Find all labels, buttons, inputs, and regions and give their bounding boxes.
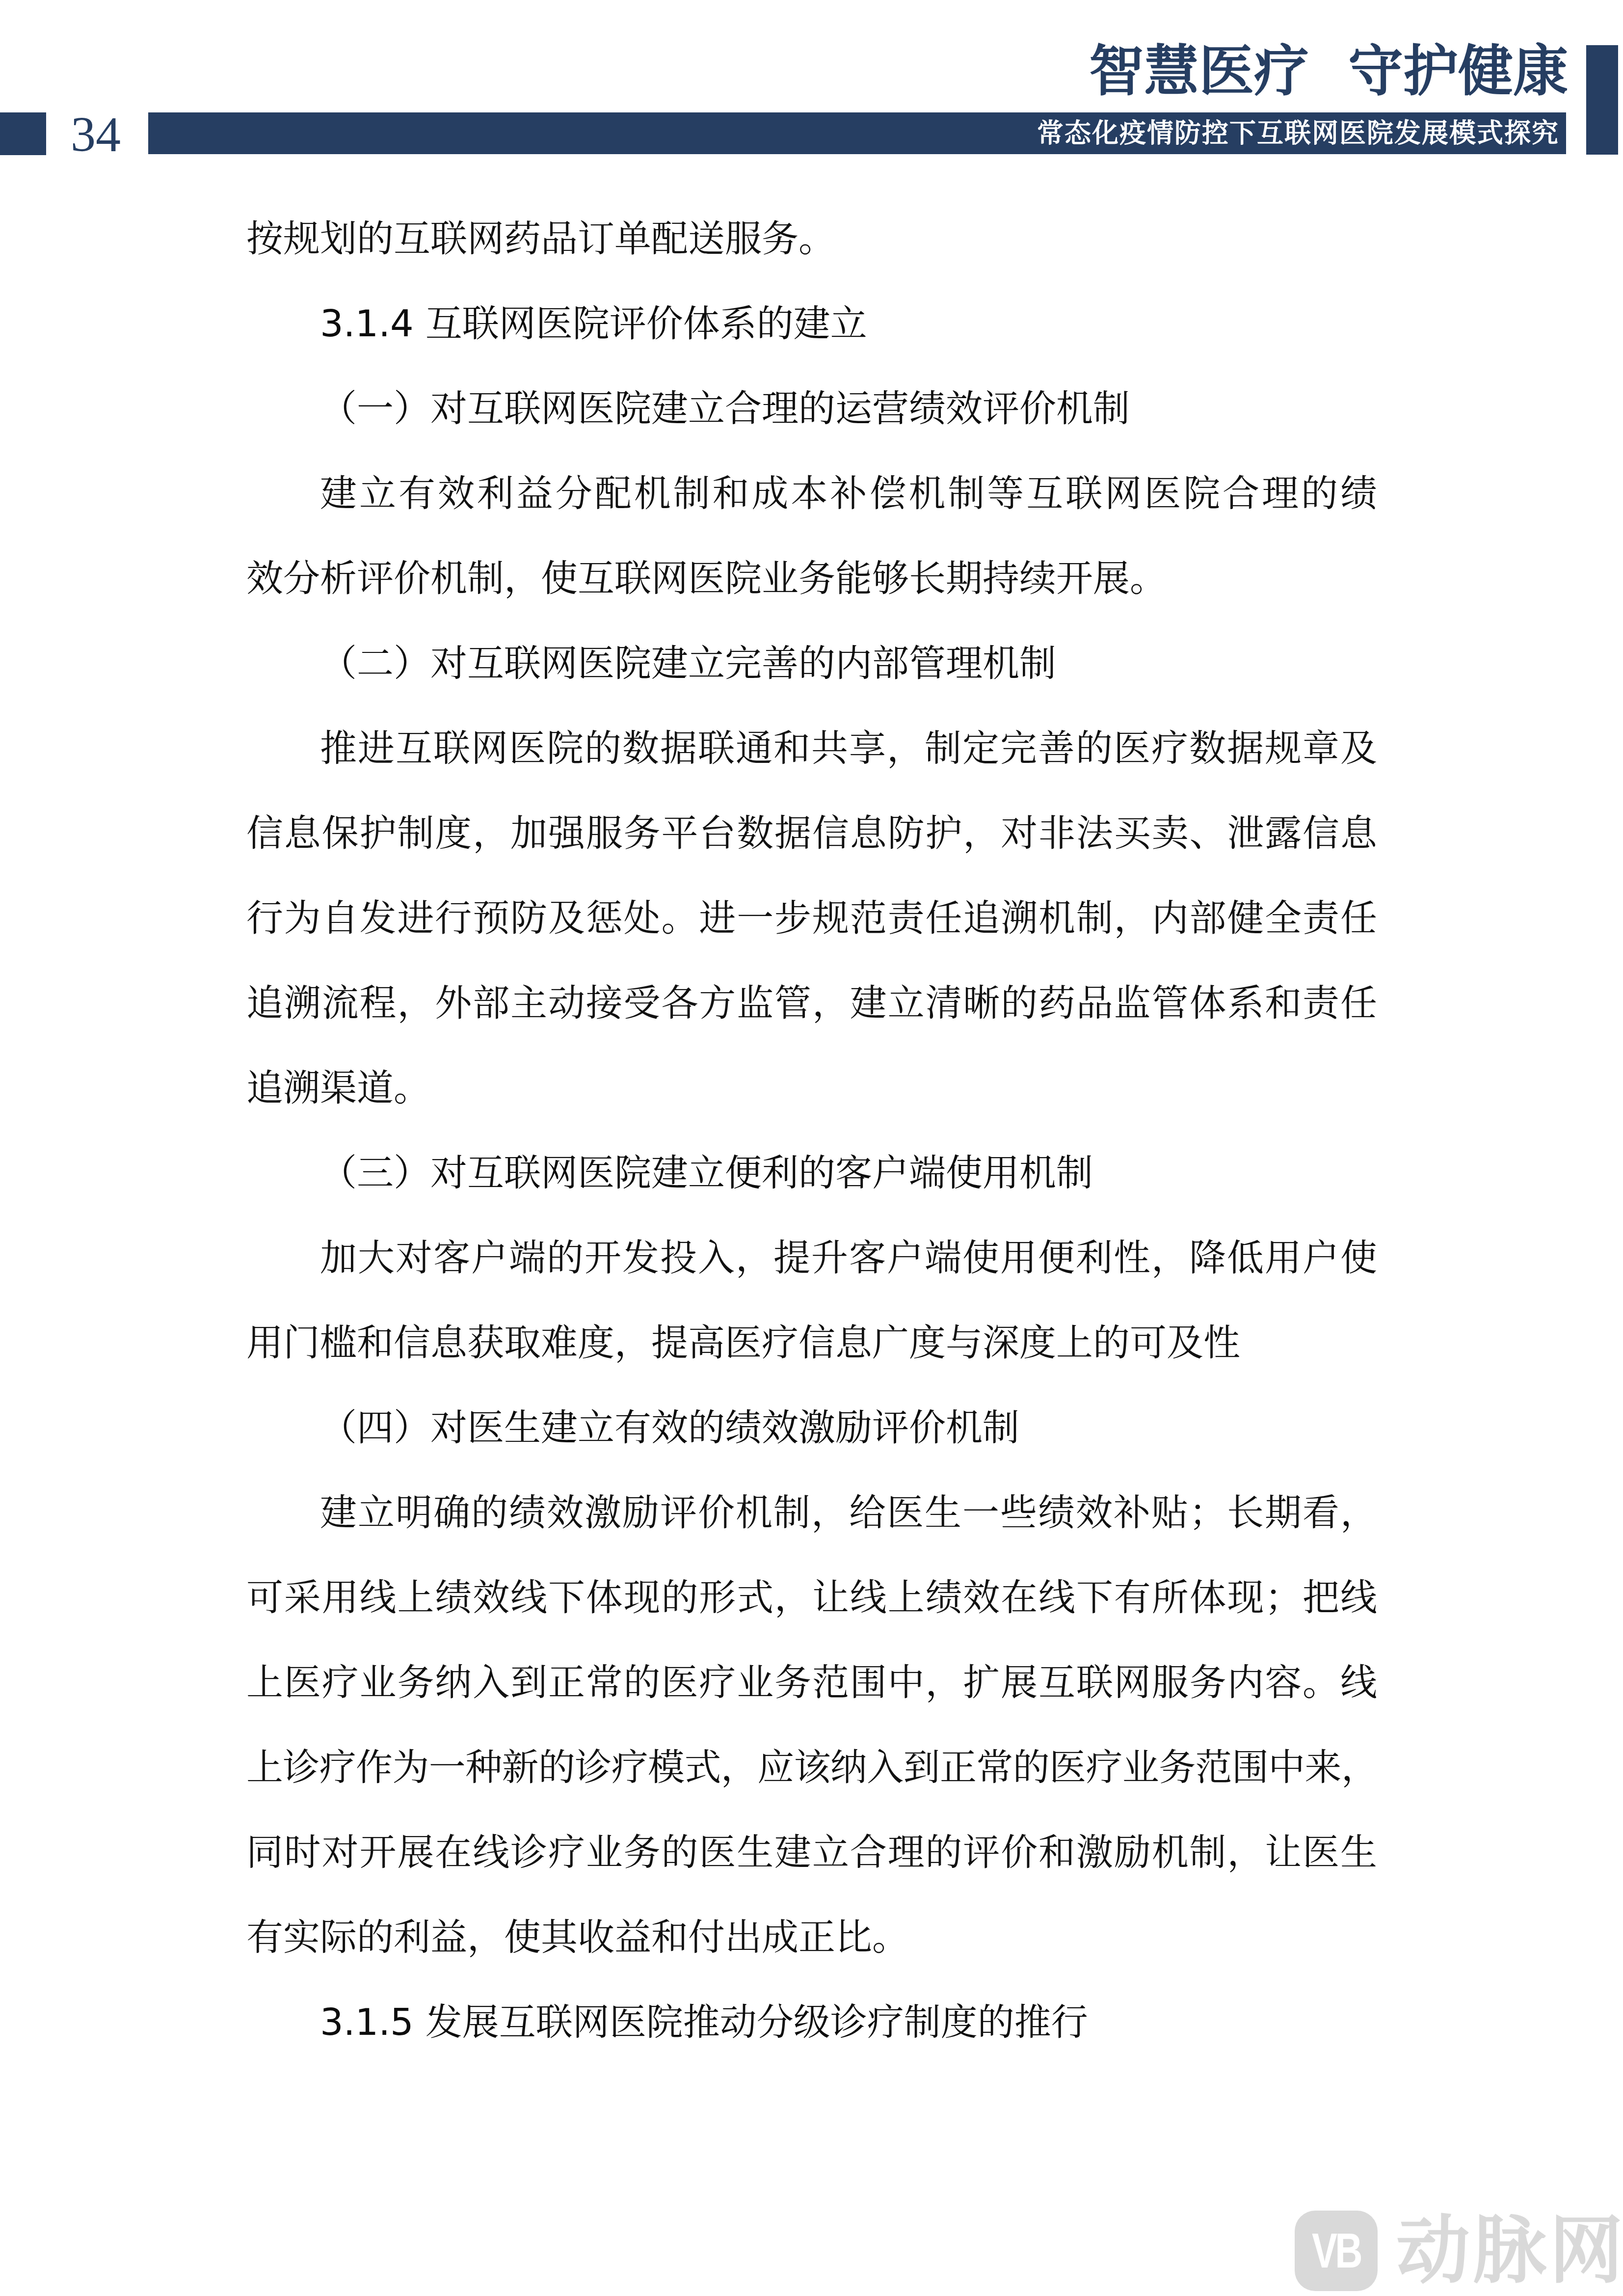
title-part-2: 守护健康 [1348, 42, 1568, 101]
watermark-brand: 动脉网 [1396, 2209, 1623, 2293]
paragraph-line: 建立有效利益分配机制和成本补偿机制等互联网医院合理的绩 [246, 451, 1377, 536]
header-bar: 常态化疫情防控下互联网医院发展模式探究 [148, 112, 1566, 154]
paragraph-line: 效分析评价机制，使互联网医院业务能够长期持续开展。 [246, 536, 1377, 621]
paragraph-line: 上诊疗作为一种新的诊疗模式，应该纳入到正常的医疗业务范围中来， [246, 1725, 1377, 1810]
paragraph-line: 推进互联网医院的数据联通和共享，制定完善的医疗数据规章及 [246, 706, 1377, 791]
paragraph-line: 用门槛和信息获取难度，提高医疗信息广度与深度上的可及性 [246, 1300, 1377, 1385]
title-part-1: 智慧医疗 [1089, 42, 1309, 101]
header-left-block [0, 112, 46, 155]
subsection-heading-2: （二）对互联网医院建立完善的内部管理机制 [246, 621, 1377, 706]
document-body: 按规划的互联网药品订单配送服务。 3.1.4 互联网医院评价体系的建立 （一）对… [246, 196, 1377, 2065]
paragraph-continuation: 按规划的互联网药品订单配送服务。 [246, 196, 1377, 281]
header-right-block [1586, 45, 1618, 155]
paragraph-line: 同时对开展在线诊疗业务的医生建立合理的评价和激励机制，让医生 [246, 1810, 1377, 1895]
paragraph-line: 建立明确的绩效激励评价机制，给医生一些绩效补贴；长期看， [246, 1470, 1377, 1555]
paragraph-line: 追溯流程，外部主动接受各方监管，建立清晰的药品监管体系和责任 [246, 961, 1377, 1046]
paragraph-line: 有实际的利益，使其收益和付出成正比。 [246, 1895, 1377, 1980]
vb-logo-icon: VB [1295, 2211, 1378, 2291]
subsection-heading-1: （一）对互联网医院建立合理的运营绩效评价机制 [246, 366, 1377, 451]
page-header-title: 智慧医疗 守护健康 [1089, 42, 1568, 101]
paragraph-line: 追溯渠道。 [246, 1046, 1377, 1131]
section-heading-3-1-5: 3.1.5 发展互联网医院推动分级诊疗制度的推行 [246, 1980, 1377, 2065]
section-heading-3-1-4: 3.1.4 互联网医院评价体系的建立 [246, 281, 1377, 366]
subsection-heading-3: （三）对互联网医院建立便利的客户端使用机制 [246, 1131, 1377, 1216]
paragraph-line: 加大对客户端的开发投入，提升客户端使用便利性，降低用户使 [246, 1216, 1377, 1300]
paragraph-line: 上医疗业务纳入到正常的医疗业务范围中，扩展互联网服务内容。线 [246, 1640, 1377, 1725]
logo-text: VB [1312, 2226, 1360, 2275]
paragraph-line: 可采用线上绩效线下体现的形式，让线上绩效在线下有所体现；把线 [246, 1555, 1377, 1640]
report-subtitle: 常态化疫情防控下互联网医院发展模式探究 [1037, 112, 1559, 154]
paragraph-line: 行为自发进行预防及惩处。进一步规范责任追溯机制，内部健全责任 [246, 876, 1377, 961]
subsection-heading-4: （四）对医生建立有效的绩效激励评价机制 [246, 1385, 1377, 1470]
paragraph-line: 信息保护制度，加强服务平台数据信息防护，对非法买卖、泄露信息 [246, 791, 1377, 876]
page-number: 34 [71, 110, 121, 160]
